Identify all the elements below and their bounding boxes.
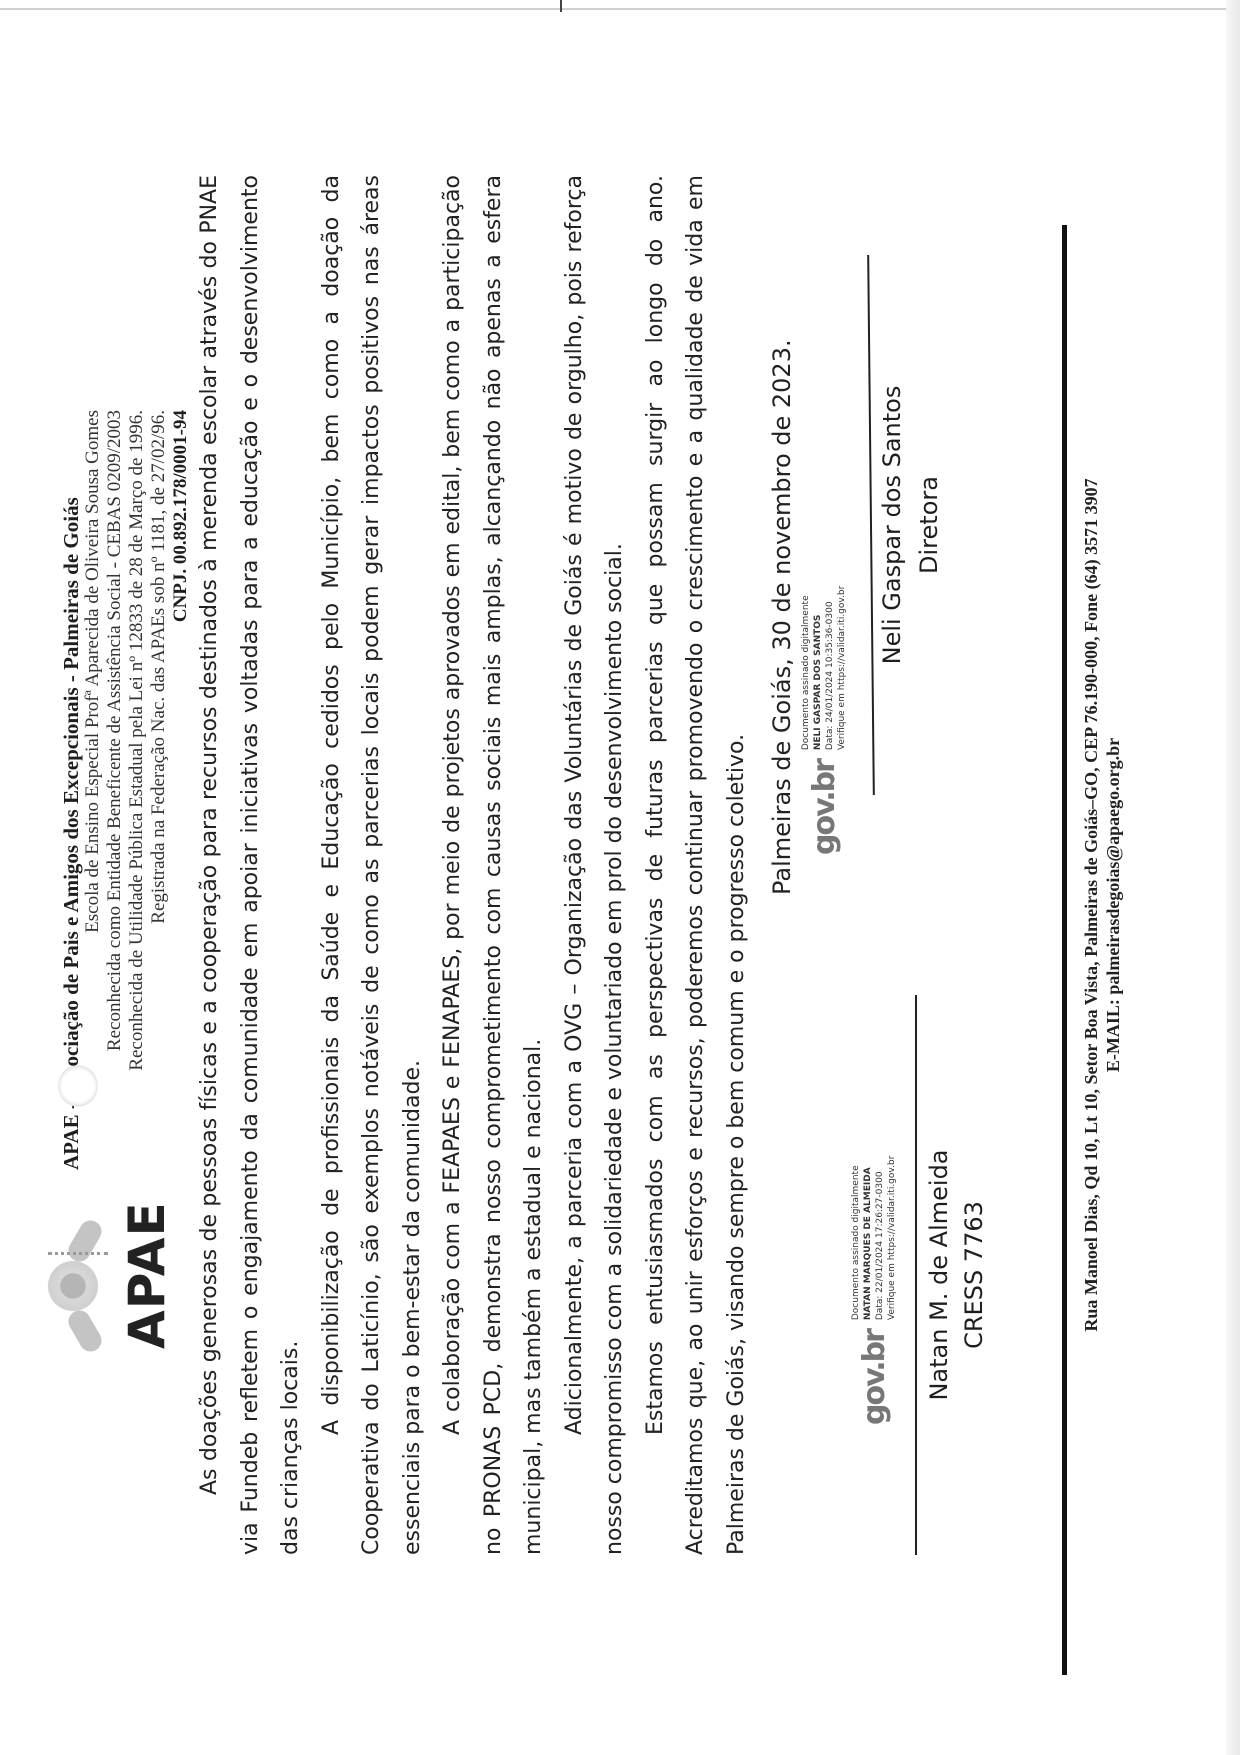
digital-signature-stamp: gov.br Documento assinado digitalmente N… xyxy=(800,586,848,855)
federation-registration: Registrada na Federação Nac. das APAEs s… xyxy=(148,410,170,1170)
stamp-signer: NATAN MARQUES DE ALMEIDA xyxy=(862,1156,874,1320)
signature-line xyxy=(867,255,874,795)
paragraph: Adicionalmente, a parceria com a OVG – O… xyxy=(555,175,636,1555)
footer-divider xyxy=(1062,225,1067,1675)
footer: Rua Manoel Dias, Qd 10, Lt 10, Setor Boa… xyxy=(1080,255,1124,1555)
stamp-verify-link[interactable]: Verifique em https://validar.iti.gov.br xyxy=(836,586,848,750)
signer-role: Diretora xyxy=(915,255,943,795)
signer-name: Neli Gaspar dos Santos xyxy=(878,255,906,795)
cebas-registration: Reconhecida como Entidade Beneficente de… xyxy=(104,410,126,1170)
apae-logo: APAE xyxy=(38,1205,188,1355)
signature-block-left: gov.br Documento assinado digitalmente N… xyxy=(800,955,1040,1575)
stamp-caption: Documento assinado digitalmente xyxy=(850,1156,862,1320)
cnpj: CNPJ. 00.892.178/0001-94 xyxy=(170,410,192,1170)
letterhead: APAE APAE - Associação de Pais e Amigos … xyxy=(30,55,180,1695)
govbr-logo: gov.br xyxy=(807,760,842,855)
hand-icon xyxy=(64,1216,105,1265)
footer-address: Rua Manoel Dias, Qd 10, Lt 10, Setor Boa… xyxy=(1080,255,1102,1555)
signature-block-right: gov.br Documento assinado digitalmente N… xyxy=(800,235,1040,855)
paragraph: A disponibilização de profissionais da S… xyxy=(312,175,434,1555)
footer-email[interactable]: E-MAIL: palmeirasdegoias@apaego.org.br xyxy=(1102,255,1124,1555)
paragraph: A colaboração com a FEAPAES e FENAPAES, … xyxy=(433,175,555,1555)
signature-line xyxy=(915,995,917,1555)
stamp-date: Data: 24/01/2024 10:35:36-0300 xyxy=(824,586,836,750)
organization-info: APAE - Associação de Pais e Amigos dos E… xyxy=(60,410,192,1170)
organization-name: APAE - Associação de Pais e Amigos dos E… xyxy=(60,410,82,1170)
digital-signature-stamp: gov.br Documento assinado digitalmente N… xyxy=(850,1156,898,1425)
flower-icon xyxy=(44,1257,102,1315)
date-place: Palmeiras de Goiás, 30 de novembro de 20… xyxy=(768,339,796,895)
school-name: Escola de Ensino Especial Profª Aparecid… xyxy=(82,410,104,1170)
stamp-caption: Documento assinado digitalmente xyxy=(800,586,812,750)
signer-role: CRESS 7763 xyxy=(960,995,988,1555)
stamp-signer: NELI GASPAR DOS SANTOS xyxy=(812,586,824,750)
stamp-date: Data: 22/01/2024 17:26:27-0300 xyxy=(874,1156,886,1320)
leaf-icon xyxy=(48,1242,108,1255)
signer-name: Natan M. de Almeida xyxy=(925,995,953,1555)
paragraph: Estamos entusiasmados com as perspectiva… xyxy=(636,175,758,1555)
stamp-verify-link[interactable]: Verifique em https://validar.iti.gov.br xyxy=(886,1156,898,1320)
public-utility-law: Reconhecida de Utilidade Pública Estadua… xyxy=(126,410,148,1170)
govbr-logo: gov.br xyxy=(857,1330,892,1425)
paper-stain xyxy=(58,1065,98,1107)
letter-body: As doações generosas de pessoas físicas … xyxy=(190,175,757,1555)
hand-icon xyxy=(64,1306,105,1355)
document-page: APAE APAE - Associação de Pais e Amigos … xyxy=(0,0,1240,1755)
logo-text: APAE xyxy=(118,1201,176,1349)
paragraph: As doações generosas de pessoas físicas … xyxy=(190,175,312,1555)
